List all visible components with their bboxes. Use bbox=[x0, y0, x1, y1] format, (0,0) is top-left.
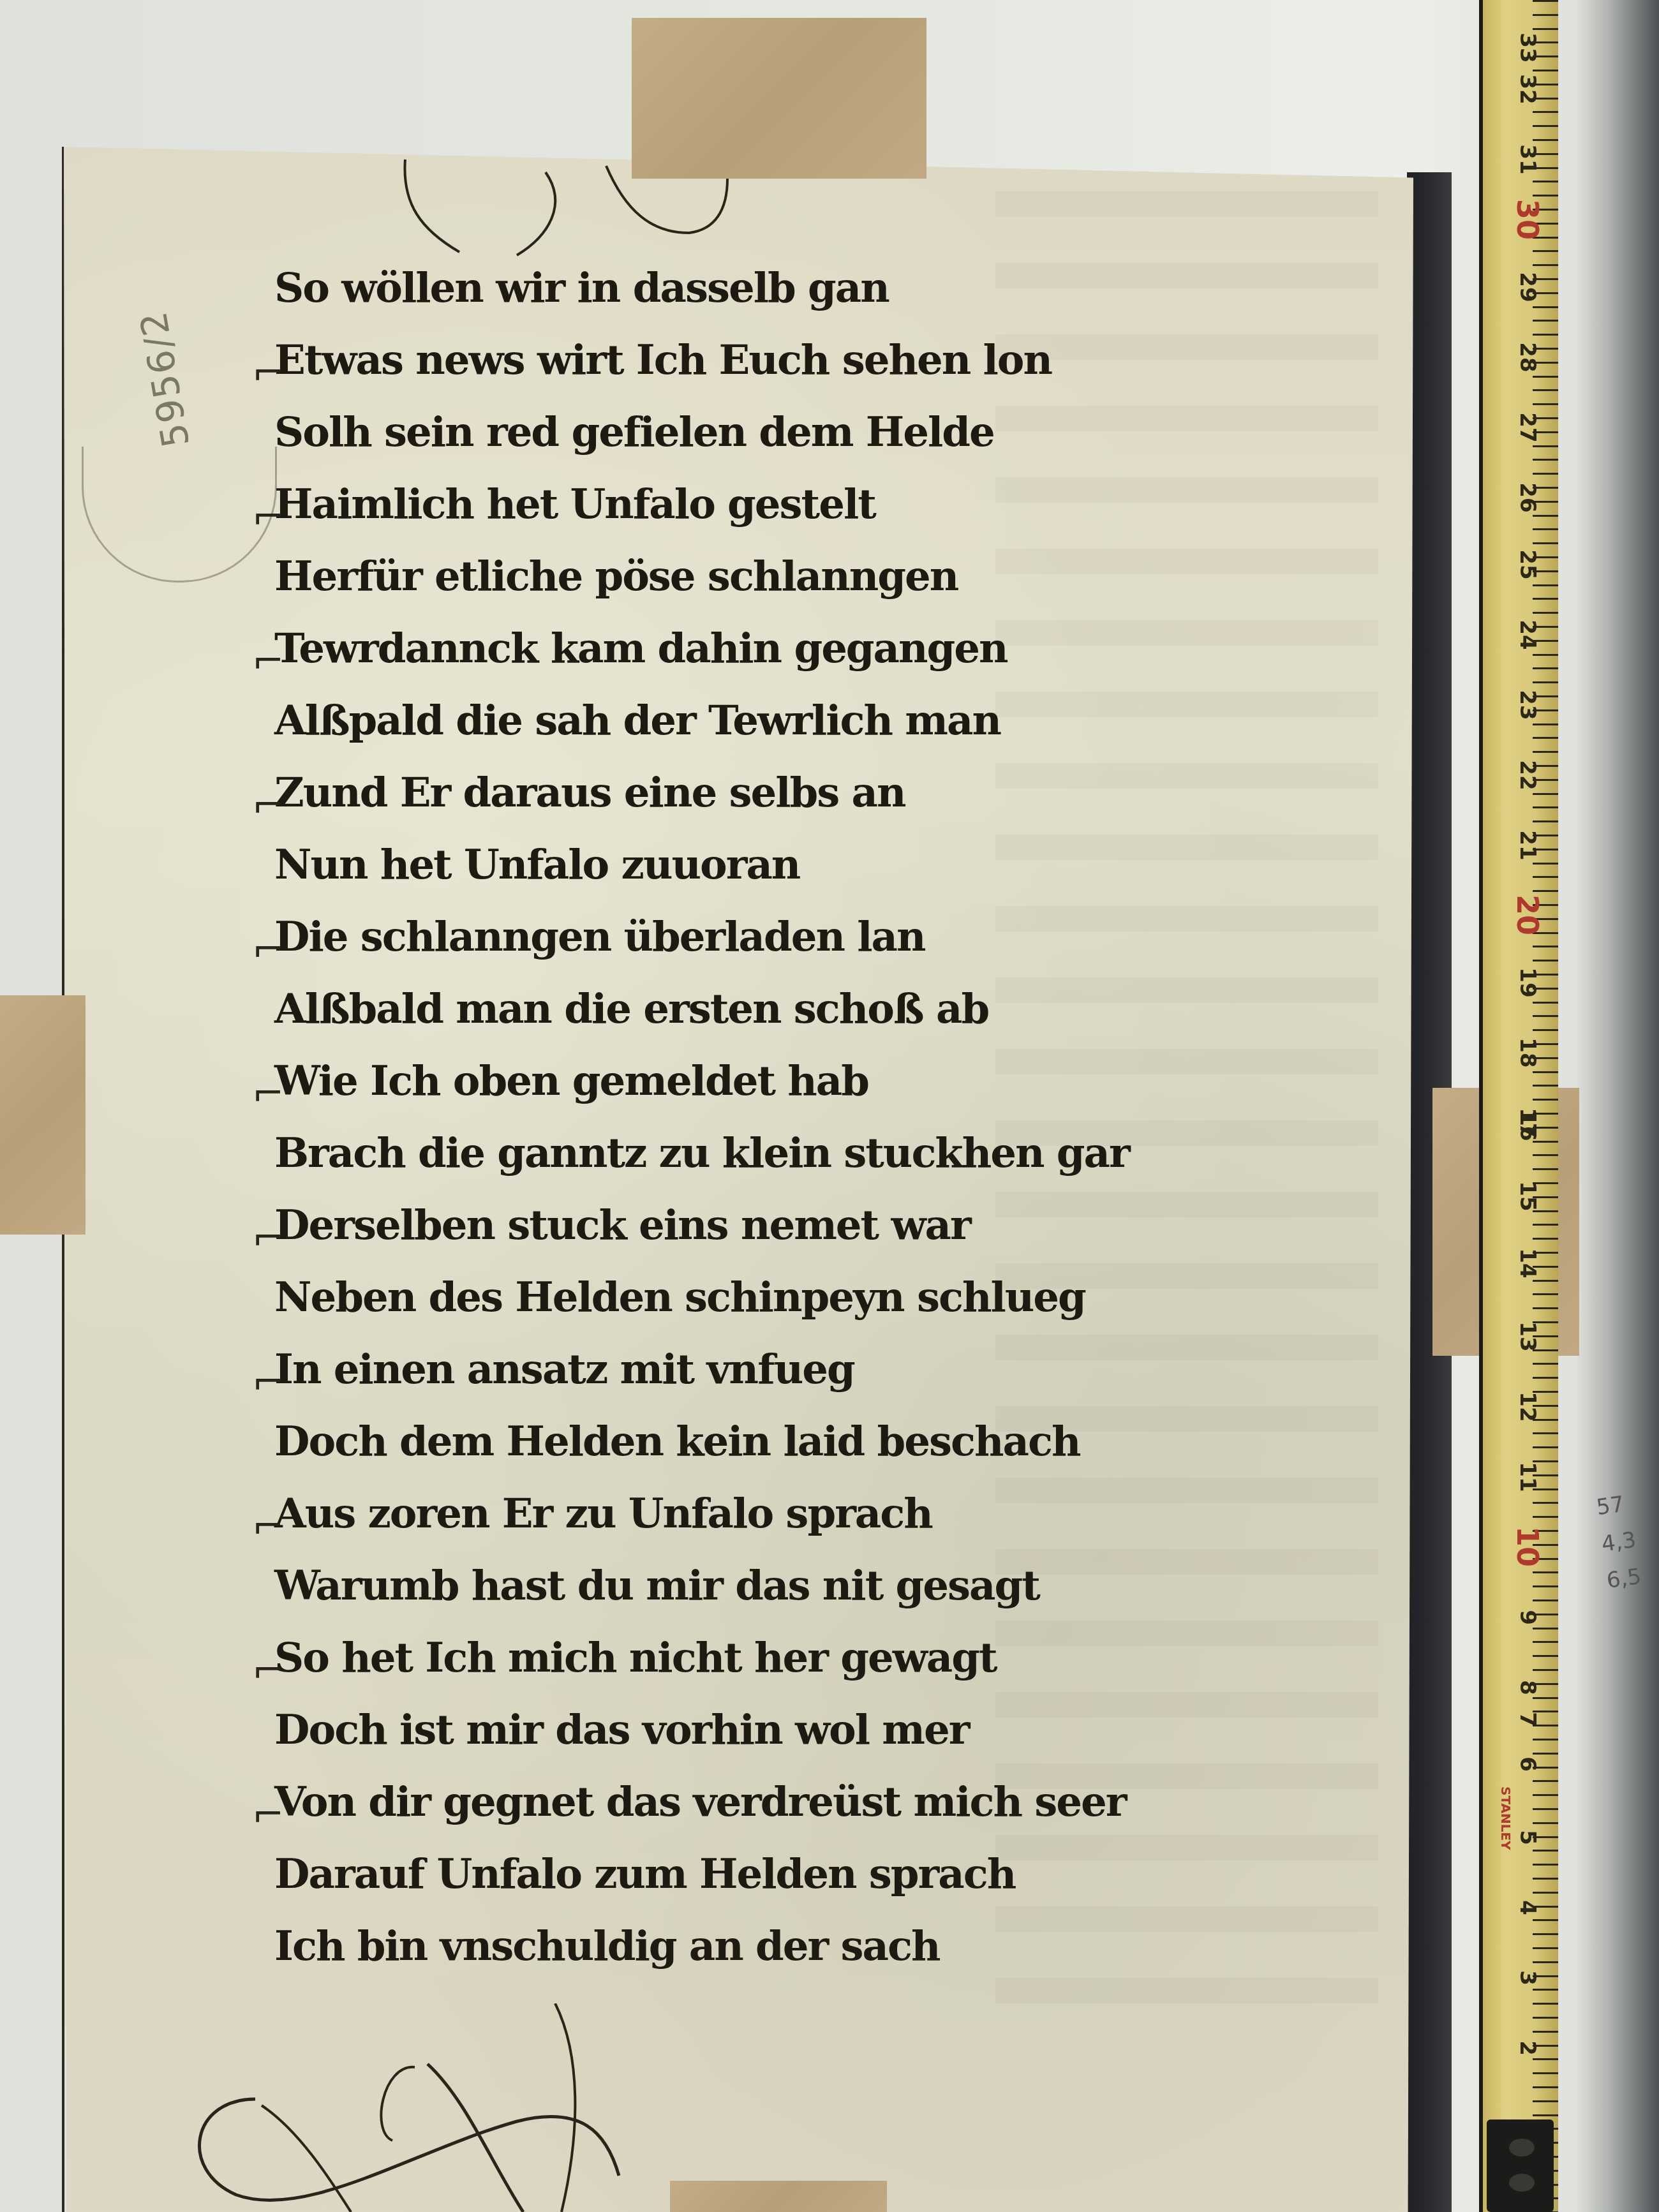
verse-line: Ich bin vnschuldig an der sach bbox=[274, 1910, 1040, 1982]
board-shadow bbox=[1576, 0, 1659, 2212]
ruler-number: 7 bbox=[1515, 1700, 1540, 1739]
ruler-number: 23 bbox=[1515, 686, 1540, 724]
ruler-number: 5 bbox=[1515, 1818, 1540, 1857]
ruler-number: 2 bbox=[1515, 2029, 1540, 2067]
ruler-number: 20 bbox=[1510, 894, 1545, 933]
verse-line: ⌐Von dir gegnet das verdreüst mich seer bbox=[274, 1766, 1040, 1838]
ruler-number: 9 bbox=[1515, 1598, 1540, 1637]
tape-hook bbox=[1487, 2119, 1554, 2212]
ruler-number: 3 bbox=[1515, 1959, 1540, 1997]
ruler-number: 25 bbox=[1515, 546, 1540, 584]
measuring-tape: 3332313029282726252423222120191817161514… bbox=[1479, 0, 1558, 2212]
verse-line: ⌐Die schlanngen überladen lan bbox=[274, 901, 1040, 973]
verse-line: Neben des Helden schinpeyn schlueg bbox=[274, 1261, 1040, 1333]
verse-line: ⌐So het Ich mich nicht her gewagt bbox=[274, 1622, 1040, 1694]
ruler-number: 21 bbox=[1515, 826, 1540, 865]
verse-line: Darauf Unfalo zum Helden sprach bbox=[274, 1838, 1040, 1910]
verse-line: Doch ist mir das vorhin wol mer bbox=[274, 1694, 1040, 1766]
ruler-number: 15 bbox=[1515, 1177, 1540, 1215]
ruler-number: 10 bbox=[1510, 1526, 1545, 1564]
verse-line: Solh sein red gefielen dem Helde bbox=[274, 396, 1040, 468]
ruler-number: 22 bbox=[1515, 756, 1540, 794]
ruler-number: 30 bbox=[1510, 199, 1545, 237]
verse-line: ⌐Aus zoren Er zu Unfalo sprach bbox=[274, 1478, 1040, 1550]
verse-line: ⌐Derselben stuck eins nemet war bbox=[274, 1189, 1040, 1261]
rivet-icon bbox=[1509, 2174, 1535, 2192]
ruler-number: 18 bbox=[1515, 1034, 1540, 1072]
ruler-brand: STANLEY bbox=[1498, 1786, 1514, 1850]
verse-line: Herfür etliche pöse schlanngen bbox=[274, 540, 1040, 612]
verse-line: ⌐Etwas news wirt Ich Euch sehen lon bbox=[274, 324, 1040, 396]
rivet-icon bbox=[1509, 2139, 1535, 2156]
verse-line: ⌐Wie Ich oben gemeldet hab bbox=[274, 1045, 1040, 1117]
verse-line: Doch dem Helden kein laid beschach bbox=[274, 1406, 1040, 1478]
ruler-number: 16 bbox=[1515, 1107, 1540, 1145]
ruler-number: 4 bbox=[1515, 1889, 1540, 1927]
ruler-number: 28 bbox=[1515, 338, 1540, 376]
verse-line: Alßbald man die ersten schoß ab bbox=[274, 973, 1040, 1045]
ruler-number: 24 bbox=[1515, 616, 1540, 654]
verse-line: ⌐Zund Er daraus eine selbs an bbox=[274, 757, 1040, 829]
ruler-number: 31 bbox=[1515, 140, 1540, 179]
verse-line: Brach die ganntz zu klein stuckhen gar bbox=[274, 1117, 1040, 1189]
tape-strip-top bbox=[632, 18, 926, 179]
tape-strip-bottom bbox=[670, 2181, 887, 2212]
ruler-number: 13 bbox=[1515, 1318, 1540, 1356]
ruler-number: 26 bbox=[1515, 479, 1540, 517]
verse-block: So wöllen wir in dasselb gan ⌐Etwas news… bbox=[274, 252, 1040, 1982]
verse-line: So wöllen wir in dasselb gan bbox=[274, 252, 1040, 324]
ruler-number: 12 bbox=[1515, 1388, 1540, 1426]
ruler-number: 19 bbox=[1515, 963, 1540, 1002]
ruler-number: 29 bbox=[1515, 268, 1540, 306]
verse-line: Warumb hast du mir das nit gesagt bbox=[274, 1550, 1040, 1622]
ruler-number: 27 bbox=[1515, 408, 1540, 447]
verse-line: ⌐In einen ansatz mit vnfueg bbox=[274, 1333, 1040, 1406]
ruler-number: 11 bbox=[1515, 1458, 1540, 1496]
ruler-number: 33 bbox=[1515, 29, 1540, 67]
verse-line: Alßpald die sah der Tewrlich man bbox=[274, 685, 1040, 757]
tape-strip-left bbox=[0, 995, 86, 1235]
verse-line: Nun het Unfalo zuuoran bbox=[274, 829, 1040, 901]
bottom-flourish-icon bbox=[160, 2003, 734, 2212]
bleed-through-text bbox=[995, 191, 1378, 2042]
ruler-number: 14 bbox=[1515, 1244, 1540, 1282]
verse-line: ⌐Haimlich het Unfalo gestelt bbox=[274, 468, 1040, 540]
verse-line: ⌐Tewrdannck kam dahin gegangen bbox=[274, 612, 1040, 685]
ruler-number: 6 bbox=[1515, 1745, 1540, 1783]
ruler-number: 32 bbox=[1515, 70, 1540, 108]
